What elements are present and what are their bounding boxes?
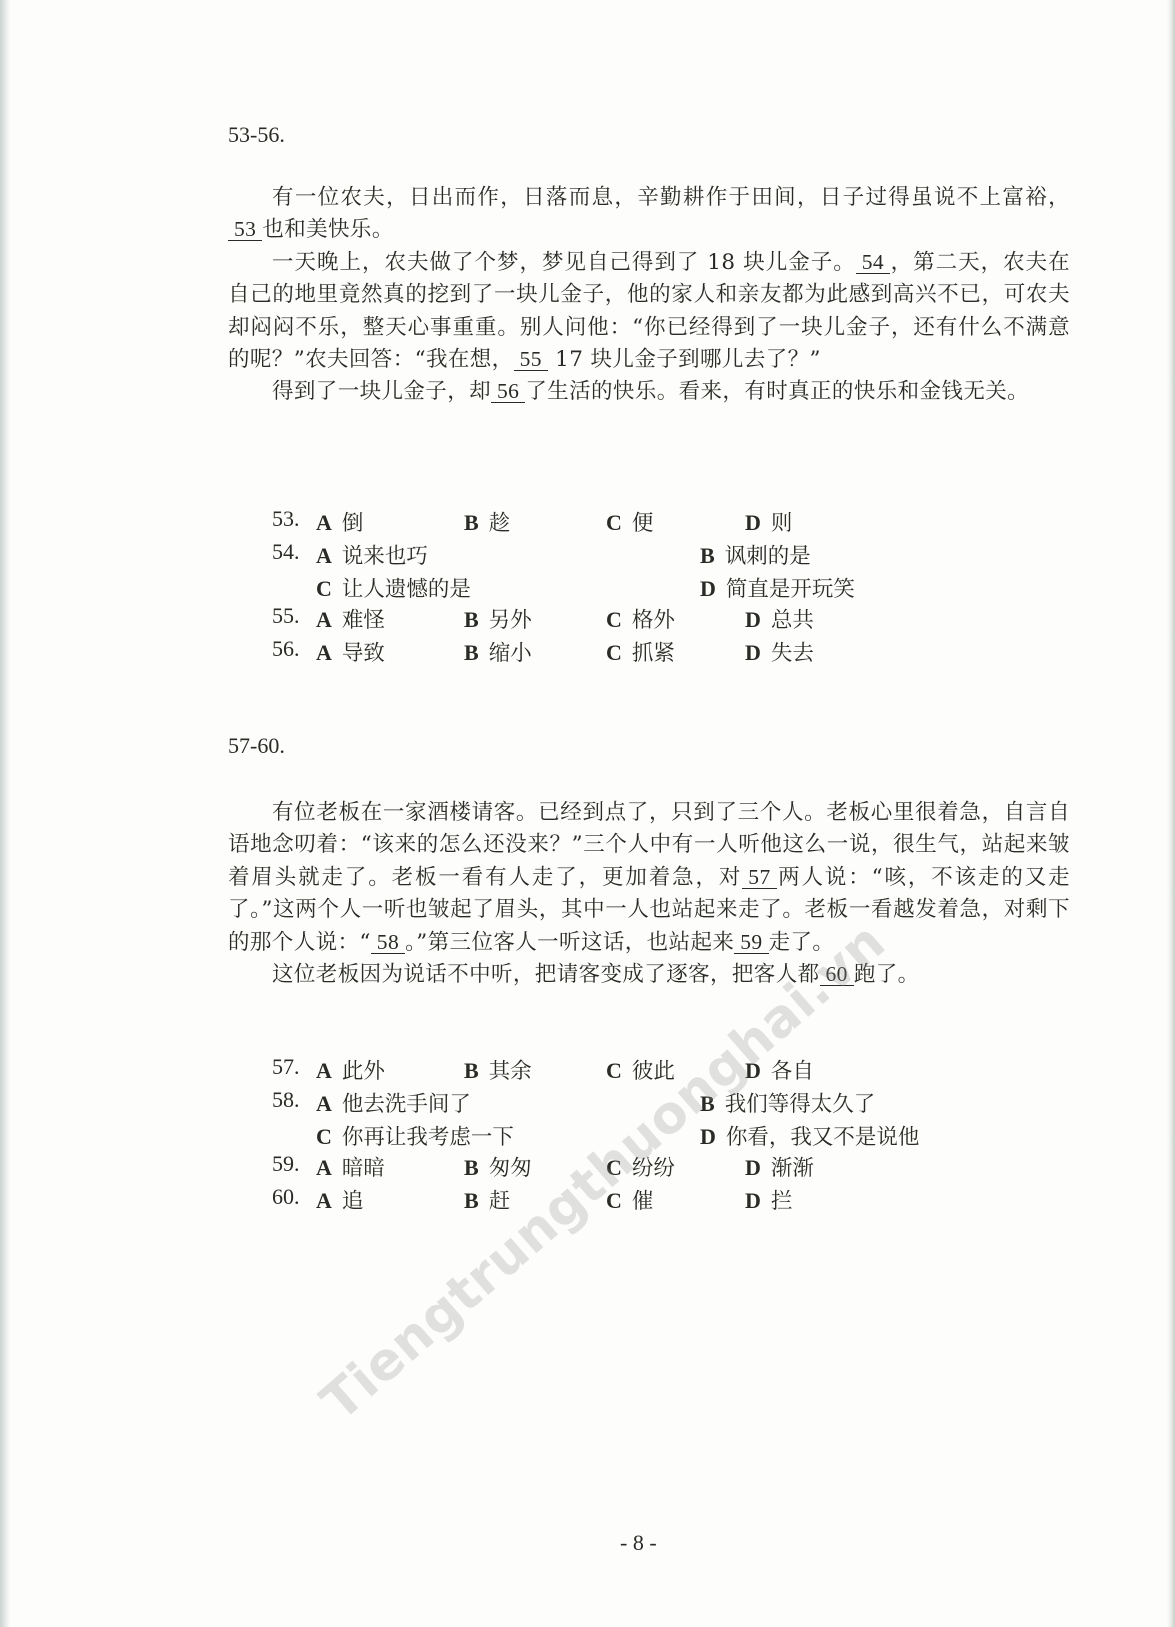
option-letter: B	[464, 1058, 479, 1083]
question-number: 55.	[272, 603, 300, 629]
option-text: 追	[342, 1189, 364, 1214]
option-text: 讽刺的是	[725, 544, 811, 569]
option-letter: B	[464, 607, 479, 632]
question-number: 53.	[272, 506, 300, 532]
blank-58: 58	[371, 931, 405, 954]
option-letter: B	[464, 1155, 479, 1180]
option-text: 倒	[342, 511, 364, 536]
option-letter: A	[316, 607, 332, 632]
option-text: 我们等得太久了	[725, 1092, 876, 1117]
option-letter: D	[700, 576, 716, 601]
option-text: 渐渐	[771, 1156, 814, 1181]
option-letter: A	[316, 510, 332, 535]
option-text: 此外	[342, 1059, 385, 1084]
option-letter: C	[606, 607, 622, 632]
option-56-b[interactable]: B缩小	[464, 636, 532, 667]
option-letter: C	[606, 510, 622, 535]
option-58-d[interactable]: D你看，我又不是说他	[700, 1120, 919, 1151]
option-letter: B	[464, 510, 479, 535]
option-56-c[interactable]: C抓紧	[606, 636, 675, 667]
option-text: 格外	[632, 608, 675, 633]
blank-54: 54	[856, 251, 890, 274]
option-letter: A	[316, 1188, 332, 1213]
option-53-a[interactable]: A倒	[316, 506, 363, 537]
blank-59: 59	[734, 931, 768, 954]
paragraph-text: 一天晚上，农夫做了个梦，梦见自己得到了 18 块儿金子。	[272, 250, 856, 275]
paragraph: 有一位农夫，日出而作，日落而息，辛勤耕作于田间，日子过得虽说不上富裕，53也和美…	[228, 182, 1070, 247]
option-54-d[interactable]: D简直是开玩笑	[700, 572, 855, 603]
option-60-d[interactable]: D拦	[745, 1184, 792, 1215]
paragraph: 这位老板因为说话不中听，把请客变成了逐客，把客人都60跑了。	[228, 959, 1070, 991]
option-letter: A	[316, 543, 332, 568]
option-54-a[interactable]: A说来也巧	[316, 539, 428, 570]
option-text: 拦	[771, 1189, 793, 1214]
option-text: 另外	[489, 608, 532, 633]
option-text: 趁	[489, 511, 511, 536]
option-54-b[interactable]: B讽刺的是	[700, 539, 811, 570]
question-number: 57.	[272, 1054, 300, 1080]
option-58-a[interactable]: A他去洗手间了	[316, 1087, 471, 1118]
option-text: 总共	[771, 608, 814, 633]
option-letter: D	[745, 607, 761, 632]
option-letter: C	[316, 1124, 332, 1149]
paragraph-text: 也和美快乐。	[262, 217, 393, 242]
option-text: 失去	[771, 641, 814, 666]
option-55-b[interactable]: B另外	[464, 603, 532, 634]
option-text: 赶	[489, 1189, 511, 1214]
option-text: 催	[632, 1189, 654, 1214]
option-letter: D	[745, 1155, 761, 1180]
option-53-c[interactable]: C便	[606, 506, 653, 537]
paragraph-text: 得到了一块儿金子，却	[272, 379, 491, 404]
option-text: 抓紧	[632, 641, 675, 666]
paragraph-text: 这位老板因为说话不中听，把请客变成了逐客，把客人都	[272, 962, 820, 987]
option-54-c[interactable]: C让人遗憾的是	[316, 572, 471, 603]
scan-edge-left	[0, 0, 10, 1627]
option-letter: A	[316, 1155, 332, 1180]
option-60-b[interactable]: B赶	[464, 1184, 510, 1215]
option-53-d[interactable]: D则	[745, 506, 792, 537]
paragraph-text: 17 块儿金子到哪儿去了？”	[548, 347, 821, 372]
option-55-a[interactable]: A难怪	[316, 603, 385, 634]
blank-53: 53	[228, 218, 262, 241]
option-letter: A	[316, 1058, 332, 1083]
option-56-a[interactable]: A导致	[316, 636, 385, 667]
option-59-d[interactable]: D渐渐	[745, 1151, 814, 1182]
paragraph: 得到了一块儿金子，却56了生活的快乐。看来，有时真正的快乐和金钱无关。	[228, 376, 1070, 408]
option-55-c[interactable]: C格外	[606, 603, 675, 634]
option-letter: B	[464, 1188, 479, 1213]
passage-57-60: 有位老板在一家酒楼请客。已经到点了，只到了三个人。老板心里很着急，自言自语地念叨…	[228, 797, 1070, 991]
option-letter: D	[745, 640, 761, 665]
option-text: 匆匆	[489, 1156, 532, 1181]
paragraph-text: 。”第三位客人一听这话，也站起来	[405, 930, 734, 955]
section-label-57-60: 57-60.	[228, 733, 285, 759]
option-55-d[interactable]: D总共	[745, 603, 814, 634]
option-text: 各自	[771, 1059, 814, 1084]
option-56-d[interactable]: D失去	[745, 636, 814, 667]
paragraph-text: 了生活的快乐。看来，有时真正的快乐和金钱无关。	[525, 379, 1029, 404]
option-59-a[interactable]: A暗暗	[316, 1151, 385, 1182]
option-letter: A	[316, 640, 332, 665]
page-number: - 8 -	[620, 1530, 657, 1556]
option-text: 你再让我考虑一下	[342, 1125, 514, 1150]
option-text: 导致	[342, 641, 385, 666]
blank-57: 57	[742, 866, 776, 889]
option-text: 他去洗手间了	[342, 1092, 471, 1117]
option-text: 则	[771, 511, 793, 536]
paragraph-text: 有一位农夫，日出而作，日落而息，辛勤耕作于田间，日子过得虽说不上富裕，	[272, 185, 1070, 210]
option-letter: D	[745, 1188, 761, 1213]
option-text: 暗暗	[342, 1156, 385, 1181]
question-number: 60.	[272, 1184, 300, 1210]
option-text: 说来也巧	[342, 544, 428, 569]
blank-56: 56	[491, 380, 525, 403]
option-text: 你看，我又不是说他	[726, 1125, 920, 1150]
option-text: 缩小	[489, 641, 532, 666]
option-53-b[interactable]: B趁	[464, 506, 510, 537]
option-text: 让人遗憾的是	[342, 577, 471, 602]
option-letter: D	[700, 1124, 716, 1149]
option-58-c[interactable]: C你再让我考虑一下	[316, 1120, 514, 1151]
paragraph: 一天晚上，农夫做了个梦，梦见自己得到了 18 块儿金子。54，第二天，农夫在自己…	[228, 247, 1070, 377]
option-59-b[interactable]: B匆匆	[464, 1151, 532, 1182]
question-number: 59.	[272, 1151, 300, 1177]
question-number: 56.	[272, 636, 300, 662]
option-57-b[interactable]: B其余	[464, 1054, 532, 1085]
option-text: 简直是开玩笑	[726, 577, 855, 602]
question-number: 58.	[272, 1087, 300, 1113]
option-letter: C	[606, 1058, 622, 1083]
option-letter: B	[464, 640, 479, 665]
option-text: 难怪	[342, 608, 385, 633]
scan-edge-right	[1167, 0, 1175, 1627]
option-57-a[interactable]: A此外	[316, 1054, 385, 1085]
blank-55: 55	[514, 348, 548, 371]
option-text: 其余	[489, 1059, 532, 1084]
section-label-53-56: 53-56.	[228, 122, 285, 148]
question-number: 54.	[272, 539, 300, 565]
option-60-a[interactable]: A追	[316, 1184, 363, 1215]
option-letter: B	[700, 543, 715, 568]
option-letter: A	[316, 1091, 332, 1116]
paragraph: 有位老板在一家酒楼请客。已经到点了，只到了三个人。老板心里很着急，自言自语地念叨…	[228, 797, 1070, 959]
option-letter: D	[745, 510, 761, 535]
option-text: 便	[632, 511, 654, 536]
passage-53-56: 有一位农夫，日出而作，日落而息，辛勤耕作于田间，日子过得虽说不上富裕，53也和美…	[228, 182, 1070, 409]
option-letter: C	[606, 640, 622, 665]
option-letter: C	[316, 576, 332, 601]
